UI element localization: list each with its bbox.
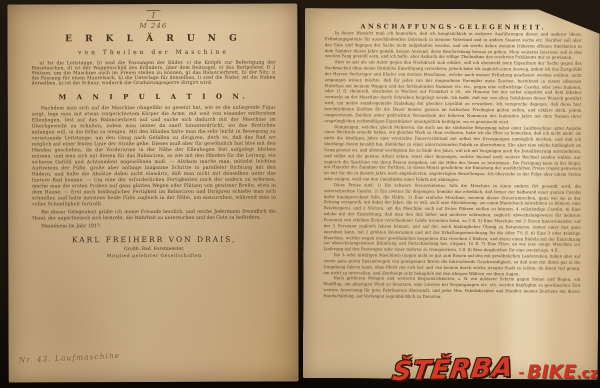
signature-title-2: Mitglied gelehrter Gesellschaften	[32, 254, 276, 260]
handwritten-numeral: I	[146, 10, 160, 21]
watermark-separator: -	[518, 363, 525, 382]
legend-paragraph: a) Ist die Leitstange, b) sind die Fassu…	[32, 61, 276, 87]
document-photo: I M 246 E R K L Ä R U N G von Theilen de…	[0, 0, 600, 388]
handwritten-archive-number: M 246	[31, 22, 275, 31]
body-paragraph: In dieser Hinsicht muß ich bemerken, daß…	[325, 30, 582, 61]
greeting-paragraph: Bei dieser Gelegenheit grüße ich meine F…	[32, 210, 276, 223]
signature-name: KARL FREIHERR VON DRAIS,	[32, 235, 276, 245]
watermark-brand-text: ŠTĚRBA	[391, 353, 516, 387]
watermark-bike-text: BIKE	[527, 361, 576, 383]
watermark-tld-text: .cz	[576, 366, 598, 382]
left-page: I M 246 E R K L Ä R U N G von Theilen de…	[7, 3, 298, 382]
right-page: ANSCHAFFUNGS-GELEGENHEIT. In dieser Hins…	[303, 8, 600, 380]
body-paragraph: Diese Preise sind: 1) Die schwere Steuer…	[324, 182, 581, 254]
manipulation-paragraph: Nachdem man sich auf die Maschine ohngef…	[32, 106, 276, 209]
page-title: E R K L Ä R U N G	[31, 34, 275, 45]
body-paragraph: Demjenigen, welcher, gleich Mehreren, di…	[324, 124, 581, 184]
right-page-content: ANSCHAFFUNGS-GELEGENHEIT. In dieser Hins…	[323, 22, 582, 300]
signature-block: KARL FREIHERR VON DRAIS, Großh. Bad. For…	[32, 235, 276, 259]
handwritten-note: Nr. 43. Laufmaschine	[18, 351, 120, 365]
watermark: ŠTĚRBA - BIKE .cz	[393, 355, 598, 385]
dateline: Mannheim im Jahr 1817.	[32, 224, 276, 230]
left-page-content: I M 246 E R K L Ä R U N G von Theilen de…	[31, 10, 276, 260]
body-paragraph: Nach größeren Mengen und weiteren Bequem…	[323, 276, 580, 301]
body-paragraph: Aber so gut als ein Autor gegen den Nach…	[324, 59, 581, 125]
body-paragraph: Die 3- oder 4rädrigen Maschinen taugen n…	[323, 252, 580, 277]
right-page-body: In dieser Hinsicht muß ich bemerken, daß…	[323, 30, 582, 300]
page-subtitle: von Theilen der Maschine	[31, 49, 275, 57]
section-title-manipulation: M A N I P U L A T I O N.	[32, 92, 276, 102]
signature-title-1: Großh. Bad. Forstmeister,	[32, 247, 276, 253]
